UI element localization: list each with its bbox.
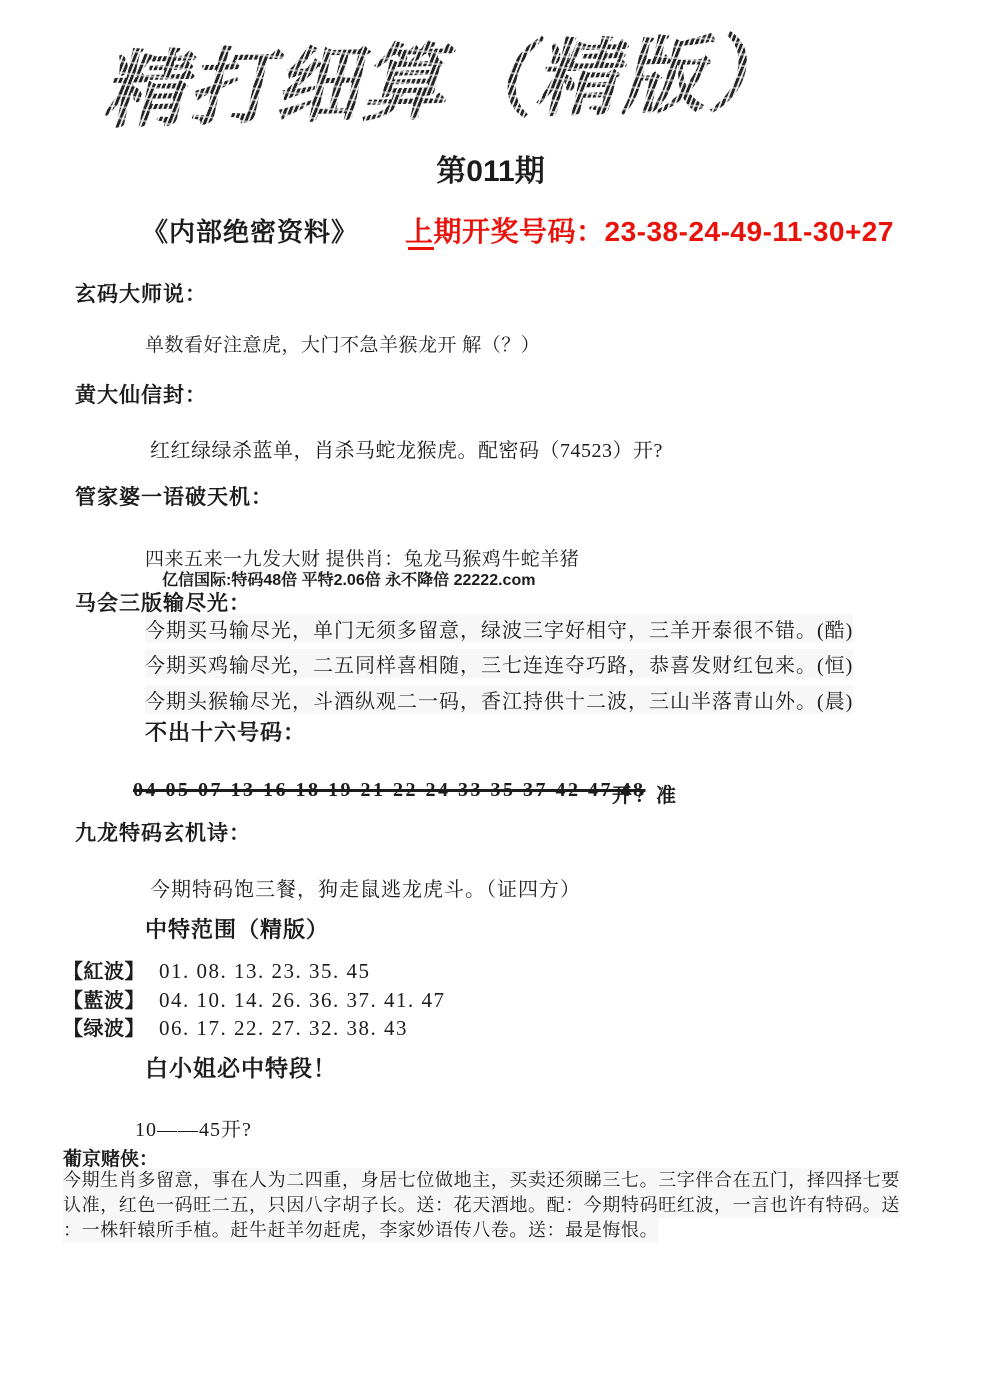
section-heading-xuanma: 玄码大师说： xyxy=(75,278,207,308)
wave-numbers-blue: 04. 10. 14. 26. 36. 37. 41. 47 xyxy=(159,988,446,1013)
jiulong-verse: 今期特码饱三餐，狗走鼠逃龙虎斗。（证四方） xyxy=(150,873,581,902)
masthead: 精打细算（精版） xyxy=(92,4,888,164)
mahui-verse-2: 今期买鸡输尽光，二五同样喜相随，三七连连夺巧路，恭喜发财红包来。(恒) xyxy=(145,649,853,678)
xuanma-verse: 单数看好注意虎，大门不急羊猴龙开 解（？） xyxy=(145,330,540,357)
pujing-line-3: ：一株轩辕所手植。赶牛赶羊勿赶虎，李家妙语传八卷。送：最是悔恨。 xyxy=(63,1218,658,1243)
section-heading-huangdaxian: 黄大仙信封： xyxy=(75,379,207,409)
wave-label-red: 【紅波】 xyxy=(63,955,145,984)
excluded-numbers-suffix: 开? 准 xyxy=(612,779,679,808)
wave-label-blue: 【藍波】 xyxy=(63,984,145,1013)
pujing-heading: 葡京赌侠： xyxy=(63,1144,158,1171)
section-heading-guanjiapo: 管家婆一语破天机： xyxy=(75,481,273,511)
wave-label-green: 【绿波】 xyxy=(63,1012,145,1041)
masthead-calligraphy-text: 精打细算（精版） xyxy=(96,4,888,145)
wave-numbers-red: 01. 08. 13. 23. 35. 45 xyxy=(159,959,371,984)
issue-number: 第011期 xyxy=(0,146,981,190)
baixiaojie-range: 10——45开? xyxy=(135,1113,252,1142)
wave-row-blue: 【藍波】 04. 10. 14. 26. 36. 37. 41. 47 xyxy=(63,984,446,1013)
draw-label-underline xyxy=(408,247,434,250)
section-heading-mahui: 马会三版输尽光： xyxy=(75,587,251,617)
wave-numbers-green: 06. 17. 22. 27. 32. 38. 43 xyxy=(159,1016,408,1041)
zhongte-range-subheading: 中特范围（精版） xyxy=(145,913,329,944)
section-heading-jiulong: 九龙特码玄机诗： xyxy=(75,817,251,847)
last-draw-label: 上期开奖号码： xyxy=(405,216,605,247)
wave-row-green: 【绿波】 06. 17. 22. 27. 32. 38. 43 xyxy=(63,1012,408,1041)
baixiaojie-heading: 白小姐必中特段！ xyxy=(145,1050,337,1083)
excluded-numbers-strikethrough: 04 05 07 13 16 18 19 21 22 24 33 35 37 4… xyxy=(133,779,646,802)
pujing-line-2: 认准，红色一码旺二五，只因八字胡子长。送：花天酒地。配：今期特码旺红波，一言也许… xyxy=(63,1193,900,1218)
last-draw-line: 上期开奖号码：23-38-24-49-11-30+27 xyxy=(405,210,894,250)
last-draw-numbers: 23-38-24-49-11-30+27 xyxy=(605,216,894,247)
section-heading-buchu: 不出十六号码： xyxy=(145,716,306,747)
mahui-verse-3: 今期头猴输尽光，斗酒纵观二一码，香江持供十二波，三山半落青山外。(晨) xyxy=(145,685,853,714)
huangdaxian-verse: 红红绿绿杀蓝单，肖杀马蛇龙猴虎。配密码（74523）开? xyxy=(150,434,663,463)
secret-material-label: 《内部绝密资料》 xyxy=(142,212,358,249)
wave-row-red: 【紅波】 01. 08. 13. 23. 35. 45 xyxy=(63,955,371,984)
lottery-tip-sheet: 精打细算（精版） 第011期 《内部绝密资料》 上期开奖号码：23-38-24-… xyxy=(0,0,981,1388)
mahui-verse-1: 今期买马输尽光，单门无须多留意，绿波三字好相守，三羊开泰很不错。(酷) xyxy=(145,614,853,643)
pujing-line-1: 今期生肖多留意，事在人为二四重，身居七位做地主，买卖还须睇三七。三字伴合在五门，… xyxy=(63,1168,900,1193)
